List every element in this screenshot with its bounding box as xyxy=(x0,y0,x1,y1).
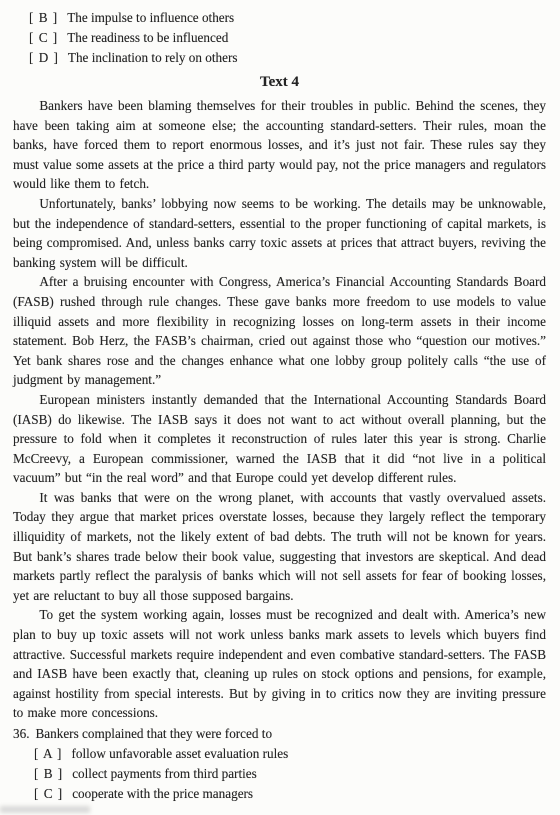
paragraph-6: To get the system working again, losses … xyxy=(13,605,546,723)
question-number: 36. xyxy=(13,724,29,744)
option-text: The readiness to be influenced xyxy=(67,30,228,45)
option-label: [ A ] xyxy=(34,744,62,764)
paragraph-4: European ministers instantly demanded th… xyxy=(13,390,546,488)
option-row: [ C ]cooperate with the price managers xyxy=(34,784,546,804)
option-row: [ A ]follow unfavorable asset evaluation… xyxy=(34,744,546,764)
option-label: [ C ] xyxy=(29,28,58,48)
paragraph-3: After a bruising encounter with Congress… xyxy=(13,272,546,390)
question-stem: Bankers complained that they were forced… xyxy=(35,726,272,741)
option-text: The inclination to rely on others xyxy=(68,50,238,65)
option-text: collect payments from third parties xyxy=(72,766,257,781)
scan-artifact xyxy=(0,806,90,813)
option-row: [ B ]collect payments from third parties xyxy=(34,764,546,784)
question-stem-line: 36.Bankers complained that they were for… xyxy=(13,724,546,744)
paragraph-2: Unfortunately, banks’ lobbying now seems… xyxy=(13,194,546,272)
option-row: [ C ]The readiness to be influenced xyxy=(29,28,546,48)
option-row: [ D ]The inclination to rely on others xyxy=(29,48,546,68)
paragraph-5: It was banks that were on the wrong plan… xyxy=(13,488,546,606)
option-label: [ C ] xyxy=(34,784,63,804)
question-36-options: [ A ]follow unfavorable asset evaluation… xyxy=(13,744,546,804)
previous-question-options: [ B ]The impulse to influence others [ C… xyxy=(13,8,546,68)
option-row: [ B ]The impulse to influence others xyxy=(29,8,546,28)
option-text: The impulse to influence others xyxy=(67,10,234,25)
option-label: [ B ] xyxy=(29,8,58,28)
option-label: [ D ] xyxy=(29,48,59,68)
option-label: [ B ] xyxy=(34,764,63,784)
question-36: 36.Bankers complained that they were for… xyxy=(13,724,546,804)
paragraph-1: Bankers have been blaming themselves for… xyxy=(13,96,546,194)
passage-body: Bankers have been blaming themselves for… xyxy=(13,96,546,723)
exam-page: [ B ]The impulse to influence others [ C… xyxy=(0,0,560,815)
option-text: cooperate with the price managers xyxy=(72,786,253,801)
option-text: follow unfavorable asset evaluation rule… xyxy=(71,746,288,761)
passage-heading: Text 4 xyxy=(13,71,546,93)
